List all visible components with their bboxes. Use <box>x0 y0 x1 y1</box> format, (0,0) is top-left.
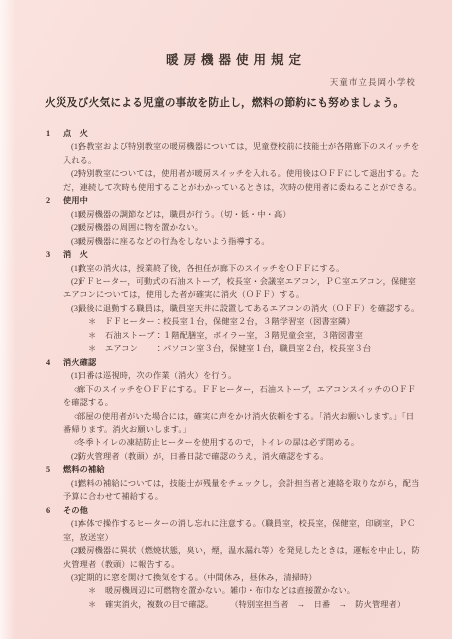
section-title: 燃料の補給 <box>63 465 105 474</box>
item-text: 部屋の使用者がいた場合には，確実に声をかけ消火依頼をする。「消火お願いします。」… <box>63 412 414 434</box>
section-title: 点 火 <box>63 129 88 138</box>
section-heading: 3消 火 <box>45 248 422 261</box>
item-num: (1)日番は巡視時，次の作業（消火）を行う。 <box>45 369 422 382</box>
item-star: ＊暖房機周辺に可燃物を置かない。雑巾・布巾などは直接置かない。 <box>45 584 422 597</box>
item-label: (2) <box>56 221 81 234</box>
item-num: (2)暖房機器の周囲に物を置かない。 <box>45 221 422 234</box>
item-label: (1) <box>56 262 81 275</box>
item-num: (2)ＦＦヒーター，可動式の石油ストーブ，校長室・会議室エアコン，ＰＣ室エアコン… <box>45 275 422 302</box>
item-circle: ○部屋の使用者がいた場合には，確実に声をかけ消火依頼をする。「消火お願いします。… <box>45 410 422 437</box>
item-label: ＊ <box>88 315 96 328</box>
item-label: ＊ <box>88 584 96 597</box>
item-text: 各教室および特別教室の暖房機器については，児童登校前に技能士が各階廊下のスイッチ… <box>63 142 419 164</box>
item-text: 燃料の補給については，技能士が残量をチェックし，会計担当者と連絡を取りながら，配… <box>63 479 419 501</box>
item-num: (1)教室の消火は，授業終了後，各担任が廊下のスイッチをＯＦＦにする。 <box>45 262 422 275</box>
item-label: (2) <box>56 450 81 463</box>
item-text: 廊下のスイッチをＯＦＦにする。ＦＦヒーター，石油ストーブ，エアコンスイッチのＯＦ… <box>63 385 416 407</box>
item-label: ○ <box>60 436 79 449</box>
section-title: その他 <box>63 506 88 515</box>
item-num: (1)燃料の補給については，技能士が残量をチェックし，会計担当者と連絡を取りなが… <box>45 477 422 504</box>
item-star: ＊エアコン ：パソコン室３台，保健室１台，職員室２台，校長室３台 <box>45 342 422 355</box>
item-label: ○ <box>60 383 79 396</box>
item-text: ＦＦヒーター：校長室１台，保健室２台，３階学習室（図書室隣） <box>105 317 355 326</box>
item-text: 本体で操作するヒーターの消し忘れに注意する。（職員室，校長室，保健室，印刷室，Ｐ… <box>63 519 415 541</box>
item-text: 暖房機器の周囲に物を置かない。 <box>78 223 203 232</box>
section-number: 6 <box>46 504 50 517</box>
item-circle: ○冬季トイレの凍結防止ヒーターを使用するので，トイレの扉は必ず閉める。 <box>45 436 422 449</box>
item-label: (1) <box>56 517 81 530</box>
item-label: (2) <box>56 544 81 557</box>
item-circle: ○廊下のスイッチをＯＦＦにする。ＦＦヒーター，石油ストーブ，エアコンスイッチのＯ… <box>45 383 422 410</box>
scanned-document-page: 暖房機器使用規定 天童市立長岡小学校 火災及び火気による児童の事故を防止し，燃料… <box>0 0 452 639</box>
item-num: (1)各教室および特別教室の暖房機器については，児童登校前に技能士が各階廊下のス… <box>45 140 422 167</box>
item-text: 暖房機周辺に可燃物を置かない。雑巾・布巾などは直接置かない。 <box>105 586 355 595</box>
section-heading: 4消火確認 <box>45 356 422 369</box>
item-label: (2) <box>56 167 81 180</box>
item-num: (3)最後に退勤する職員は，職員室天井に設置してあるエアコンの消火（ＯＦＦ）を確… <box>45 302 422 315</box>
section-number: 4 <box>46 356 50 369</box>
item-text: 特別教室については，使用者が暖房スイッチを入れる。使用後はＯＦＦにして退出する。… <box>63 169 422 191</box>
item-text: 最後に退勤する職員は，職員室天井に設置してあるエアコンの消火（ＯＦＦ）を確認する… <box>78 304 419 313</box>
item-num: (1)暖房機器の調節などは，職員が行う。（切・低・中・高） <box>45 208 422 221</box>
item-num: (3)暖房機器に座るなどの行為をしないよう指導する。 <box>45 235 422 248</box>
section-number: 1 <box>46 127 50 140</box>
item-label: ○ <box>60 410 79 423</box>
item-label: (3) <box>56 302 81 315</box>
item-star: ＊石油ストーブ：１階配膳室，ボイラー室，３階児童会室，３階図書室 <box>45 329 422 342</box>
item-text: 定期的に窓を開けて換気をする。（中間休み，昼休み，清掃時） <box>78 573 317 582</box>
item-num: (2)特別教室については，使用者が暖房スイッチを入れる。使用後はＯＦＦにして退出… <box>45 167 422 194</box>
section-title: 消 火 <box>63 250 88 259</box>
lead-statement: 火災及び火気による児童の事故を防止し，燃料の節約にも努めましょう。 <box>45 95 422 110</box>
item-text: エアコン ：パソコン室３台，保健室１台，職員室２台，校長室３台 <box>105 344 371 353</box>
section-heading: 1点 火 <box>45 127 422 140</box>
item-label: (1) <box>56 208 81 221</box>
item-text: 暖房機器に座るなどの行為をしないよう指導する。 <box>78 237 270 246</box>
item-label: (1) <box>56 140 81 153</box>
item-star: ＊確実消火，複数の目で確認。 （特別室担当者 → 日番 → 防火管理者） <box>45 598 422 611</box>
document-content: 暖房機器使用規定 天童市立長岡小学校 火災及び火気による児童の事故を防止し，燃料… <box>45 50 422 611</box>
item-label: (1) <box>56 477 81 490</box>
item-label: ＊ <box>88 342 96 355</box>
item-label: (1) <box>56 369 81 382</box>
section-title: 消火確認 <box>63 358 96 367</box>
section-heading: 2使用中 <box>45 194 422 207</box>
school-name: 天童市立長岡小学校 <box>45 76 416 88</box>
item-num: (3)定期的に窓を開けて換気をする。（中間休み，昼休み，清掃時） <box>45 571 422 584</box>
item-label: ＊ <box>88 329 96 342</box>
item-star: ＊ＦＦヒーター：校長室１台，保健室２台，３階学習室（図書室隣） <box>45 315 422 328</box>
section-heading: 6その他 <box>45 504 422 517</box>
item-label: (2) <box>56 275 81 288</box>
item-num: (1)本体で操作するヒーターの消し忘れに注意する。（職員室，校長室，保健室，印刷… <box>45 517 422 544</box>
item-text: 暖房機器に異状（燃焼状態，臭い，煙，温水漏れ等）を発見したときは，運転を中止し，… <box>63 546 420 568</box>
document-body: 1点 火(1)各教室および特別教室の暖房機器については，児童登校前に技能士が各階… <box>45 127 422 611</box>
item-text: 暖房機器の調節などは，職員が行う。（切・低・中・高） <box>78 210 291 219</box>
section-number: 3 <box>46 248 50 261</box>
section-number: 2 <box>46 194 50 207</box>
item-text: 冬季トイレの凍結防止ヒーターを使用するので，トイレの扉は必ず閉める。 <box>77 438 359 447</box>
item-label: (3) <box>56 235 81 248</box>
item-text: 確実消火，複数の目で確認。 （特別室担当者 → 日番 → 防火管理者） <box>105 600 405 609</box>
item-label: ＊ <box>88 598 96 611</box>
section-title: 使用中 <box>63 196 88 205</box>
document-title: 暖房機器使用規定 <box>45 50 422 68</box>
item-text: 石油ストーブ：１階配膳室，ボイラー室，３階児童会室，３階図書室 <box>105 331 363 340</box>
item-text: 防火管理者（教頭）が，日番日誌で確認のうえ，消火確認をする。 <box>78 452 329 461</box>
item-text: 日番は巡視時，次の作業（消火）を行う。 <box>78 371 236 380</box>
item-text: ＦＦヒーター，可動式の石油ストーブ，校長室・会議室エアコン，ＰＣ室エアコン，保健… <box>63 277 416 299</box>
item-num: (2)暖房機器に異状（燃焼状態，臭い，煙，温水漏れ等）を発見したときは，運転を中… <box>45 544 422 571</box>
section-heading: 5燃料の補給 <box>45 463 422 476</box>
section-number: 5 <box>46 463 50 476</box>
item-text: 教室の消火は，授業終了後，各担任が廊下のスイッチをＯＦＦにする。 <box>78 264 344 273</box>
item-num: (2)防火管理者（教頭）が，日番日誌で確認のうえ，消火確認をする。 <box>45 450 422 463</box>
item-label: (3) <box>56 571 81 584</box>
